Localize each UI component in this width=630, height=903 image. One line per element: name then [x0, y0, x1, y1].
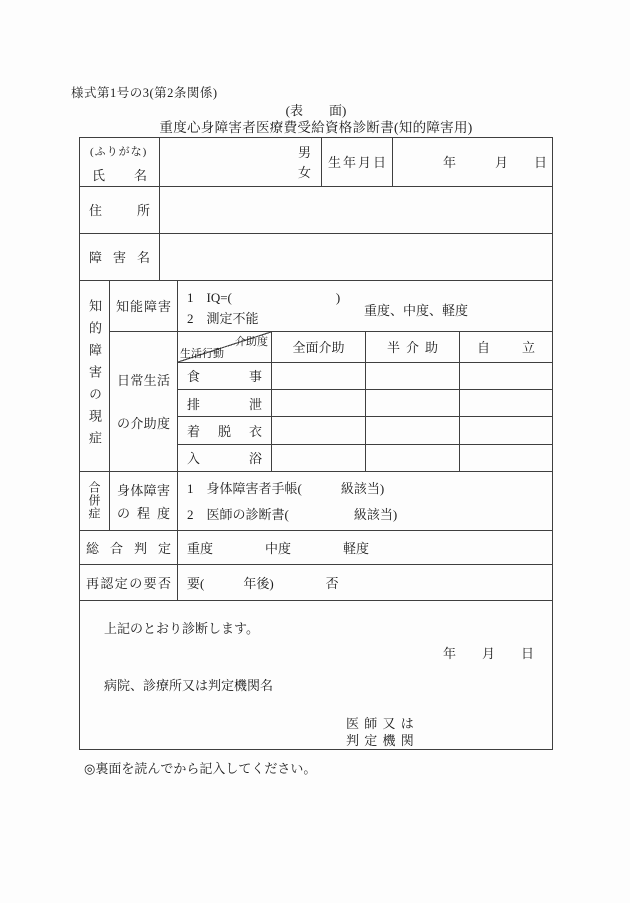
name-field-cell: 男 女: [160, 138, 322, 186]
name-label: 氏名: [92, 165, 147, 184]
intellectual-side-label-cell: 知的障害の現症: [80, 281, 110, 471]
independent-header: 自立: [460, 332, 552, 362]
overall-judgment-label-cell: 総合判定: [80, 531, 178, 565]
overall-judgment-options: 重度 中度 軽度: [178, 531, 552, 565]
birthdate-label-cell: 生年月日: [322, 138, 393, 186]
iq-label: 知能障害: [110, 296, 177, 315]
certification-section: 上記のとおり診断します。 年 月 日 病院、診療所又は判定機関名 医 師 又 は…: [80, 601, 552, 749]
assistance-matrix: 介助度 生活行動 全面介助 半介助 自立 食事: [178, 332, 552, 471]
iq-entry-cell: 1 IQ=( ) 重度、中度、軽度 2 測定不能: [178, 281, 552, 332]
complication-content: 1 身体障害者手帳( 級該当) 2 医師の診断書( 級該当): [178, 472, 552, 530]
complication-side-label: 合併症: [86, 481, 103, 520]
recertification-label-cell: 再認定の要否: [80, 565, 178, 600]
disability-name-row: 障害名: [80, 234, 552, 281]
assist-cell: [366, 445, 460, 471]
assist-cell: [460, 417, 552, 443]
assist-cell: [272, 445, 366, 471]
form-number: 様式第1号の3(第2条関係): [71, 83, 218, 101]
life-action-header: 生活行動: [180, 345, 224, 361]
matrix-row-bathing: 入浴: [178, 445, 552, 471]
life-action-label: 着脱衣: [178, 417, 272, 443]
disability-name-field: [160, 234, 552, 280]
intellectual-side-label: 知的障害の現症: [85, 299, 104, 453]
daily-life-label-cell: 日常生活 の介助度: [110, 332, 177, 471]
physical-disability-label-line2: の程度: [110, 503, 177, 522]
address-label: 住所: [80, 200, 159, 219]
matrix-row-meal: 食事: [178, 363, 552, 390]
intellectual-sublabels: 知能障害 日常生活 の介助度: [110, 281, 178, 471]
life-action-label: 排泄: [178, 390, 272, 416]
iq-line: 1 IQ=( ): [187, 287, 340, 306]
intellectual-content: 1 IQ=( ) 重度、中度、軽度 2 測定不能 介助度 生活行動 全面介助 半…: [178, 281, 552, 471]
life-action-label: 入浴: [178, 445, 272, 471]
name-label-cell: (ふりがな) 氏名: [80, 138, 160, 186]
assist-cell: [272, 390, 366, 416]
recertification-row: 再認定の要否 要( 年後) 否: [80, 565, 552, 601]
assist-cell: [460, 445, 552, 471]
overall-judgment-row: 総合判定 重度 中度 軽度: [80, 531, 552, 566]
matrix-header-row: 介助度 生活行動 全面介助 半介助 自立: [178, 332, 552, 363]
daily-life-label-line1: 日常生活: [110, 370, 177, 389]
form-table: (ふりがな) 氏名 男 女 生年月日 年 月 日 住所: [79, 137, 553, 750]
signer-line2: 判 定 機 関: [346, 732, 552, 749]
birthdate-field: 年 月 日: [393, 138, 552, 186]
matrix-row-dressing: 着脱衣: [178, 417, 552, 444]
assist-cell: [460, 390, 552, 416]
physical-disability-label-line1: 身体障害: [110, 480, 177, 499]
assist-level-header: 介助度: [235, 333, 268, 349]
matrix-corner-cell: 介助度 生活行動: [178, 332, 272, 362]
org-name-label: 病院、診療所又は判定機関名: [104, 675, 552, 694]
form-title: 重度心身障害者医療費受給資格診断書(知的障害用): [79, 116, 553, 136]
assist-cell: [272, 417, 366, 443]
iq-label-cell: 知能障害: [110, 281, 177, 332]
handbook-line: 1 身体障害者手帳( 級該当): [178, 478, 552, 497]
gender-female-label: 女: [298, 162, 311, 181]
certification-cell: 上記のとおり診断します。 年 月 日 病院、診療所又は判定機関名 医 師 又 は…: [80, 601, 552, 749]
assist-cell: [366, 363, 460, 389]
physical-disability-label-cell: 身体障害 の程度: [110, 472, 178, 530]
name-row: (ふりがな) 氏名 男 女 生年月日 年 月 日: [80, 138, 552, 187]
furigana-label: (ふりがな): [80, 138, 159, 159]
matrix-row-excretion: 排泄: [178, 390, 552, 417]
signer-line1: 医 師 又 は: [346, 715, 552, 732]
certify-date: 年 月 日: [80, 643, 552, 662]
overall-judgment-label: 総合判定: [80, 538, 177, 557]
gender-options: 男 女: [298, 138, 321, 186]
life-action-label: 食事: [178, 363, 272, 389]
iq-unmeasurable-line: 2 測定不能: [187, 308, 259, 327]
birthdate-label: 生年月日: [322, 152, 392, 171]
assist-cell: [460, 363, 552, 389]
gender-male-label: 男: [298, 142, 311, 161]
certify-statement: 上記のとおり診断します。: [104, 618, 552, 637]
assist-cell: [366, 390, 460, 416]
name-field: [160, 138, 298, 186]
complication-section: 合併症 身体障害 の程度 1 身体障害者手帳( 級該当) 2 医師の診断書( 級…: [80, 472, 552, 531]
address-row: 住所: [80, 187, 552, 235]
disability-name-label: 障害名: [80, 247, 159, 266]
doctor-cert-line: 2 医師の診断書( 級該当): [178, 504, 552, 523]
form-page: 様式第1号の3(第2条関係) (表 面) 重度心身障害者医療費受給資格診断書(知…: [0, 0, 630, 903]
iq-severity-options: 重度、中度、軽度: [364, 300, 468, 319]
address-field: [160, 187, 552, 234]
signer-block: 医 師 又 は 判 定 機 関: [346, 715, 552, 749]
intellectual-status-section: 知的障害の現症 知能障害 日常生活 の介助度 1 IQ=( ) 重度、中度、軽度…: [80, 281, 552, 472]
half-assist-header: 半介助: [366, 332, 460, 362]
assist-cell: [366, 417, 460, 443]
full-assist-header: 全面介助: [272, 332, 366, 362]
recertification-options: 要( 年後) 否: [178, 565, 552, 600]
complication-side-label-cell: 合併症: [80, 472, 110, 530]
assist-cell: [272, 363, 366, 389]
address-label-cell: 住所: [80, 187, 160, 234]
recertification-label: 再認定の要否: [80, 573, 177, 592]
footer-note: ◎裏面を読んでから記入してください。: [84, 758, 316, 777]
birthdate-value: 年 月 日: [443, 152, 552, 171]
daily-life-label-line2: の介助度: [110, 413, 177, 432]
disability-label-cell: 障害名: [80, 234, 160, 280]
